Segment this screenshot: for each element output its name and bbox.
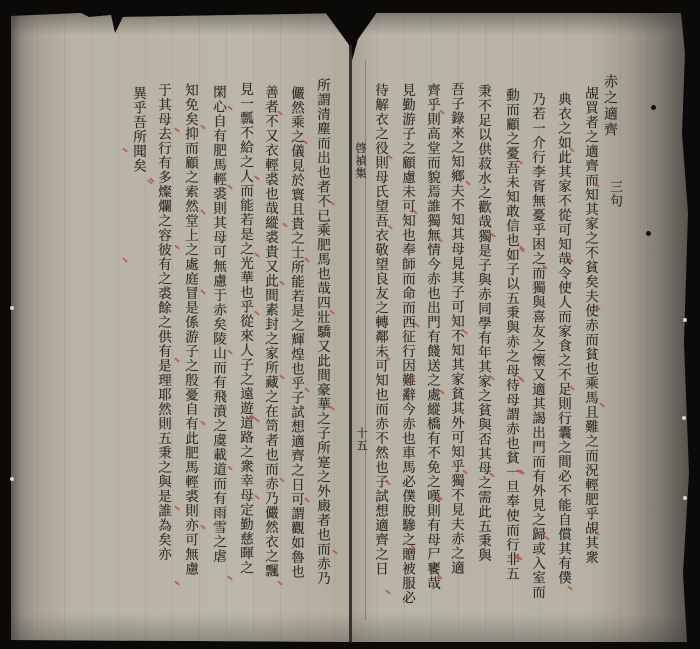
text-column: 覘買者之適齊而知其家之不貧矣夫使赤而貧也乘馬且難之而況輕肥乎覘其衆 (580, 86, 596, 565)
text-column: 儼然乘之儀見於寰且貴之士所能若是之輝煌也乎子試想適齊之日可謂觀如魯也 (286, 86, 302, 579)
text-column: 善者不又衣輕裘也哉縱裘貴又此間素封之家所藏之在笥者也而赤乃儼然衣之飄 (260, 85, 276, 578)
text-column: 待解衣之役則母氏望吾衣敬望良友之轉鄰未可知也而赤不然也子試想適齊之日 (370, 83, 386, 576)
edge-mark (683, 318, 687, 322)
edge-mark (683, 496, 687, 500)
text-column: 乃若一介行李胥無憂乎困之而獨與喜友之懷又適其謁出門而有外見之歸或入室而 (527, 92, 543, 600)
text-column: 典衣之如此其家不從可知哉令使人而家食之不足則行囊之間必不能自償其有僕 (553, 92, 569, 585)
text-column: 知免矣抑而顧之索然堂上之處庭冒是係游子之殷憂自有此肥馬輕裘則亦可無慮 (180, 83, 196, 576)
text-column: 于其母去行有多燦爛之容彼有之裘餘之供有是理耶然則五秉之與是誰為矣亦 (153, 83, 169, 562)
edge-mark (10, 306, 14, 310)
source-label: 啓禎集 (350, 142, 366, 180)
edge-mark (10, 477, 14, 481)
page-number: 十五 (351, 427, 367, 452)
text-column: 閑心自有肥馬輕裘則其母可無慮于赤矣陵山而有飛濆之虞載道而有雨雪之虐 (208, 85, 224, 564)
text-column: 動而顧之憂吾未知敢信也如子以五秉與赤之母待母謂赤也貧一旦奉使而行非五 (501, 88, 517, 581)
text-column: 見勤游子之顧慮未可知也奉師而命而西征行因難辭今赤也車馬必僕脫驂之贈被服必 (397, 83, 413, 605)
text-column: 秉不足以供菽水之歡哉獨是子與赤同學有年其家之貧與否其母之需此五秉與 (473, 84, 489, 563)
text-column: 異乎吾所聞矣 (128, 86, 144, 173)
text-column: 見一瓢不給之人而能若是之光華也乎從來人子之遠遊道路之衆幸母定勤慈暉之 (235, 82, 251, 575)
page-title: 赤之適齊 (601, 74, 617, 138)
text-column: 吾子錄來之知鄉夫不知其母見其子可知不知其家貧其外可知乎獨不見夫赤之適 (446, 82, 462, 575)
edge-mark (682, 416, 686, 420)
text-column: 所謂清塵而出也者不已乘肥馬也哉四壯驕又此間豪華之子所寔之外廄者也而赤乃 (312, 78, 328, 586)
text-column: 齊乎則高堂而貌焉誰獨無情今赤也出門有餞送之處縱橋有不免之嘆則有母尸饔哉 (422, 83, 438, 591)
center-fold-line (349, 45, 352, 643)
binding-hole (646, 231, 651, 236)
binding-hole (651, 105, 656, 110)
title-annotation: 三句 (605, 180, 621, 208)
